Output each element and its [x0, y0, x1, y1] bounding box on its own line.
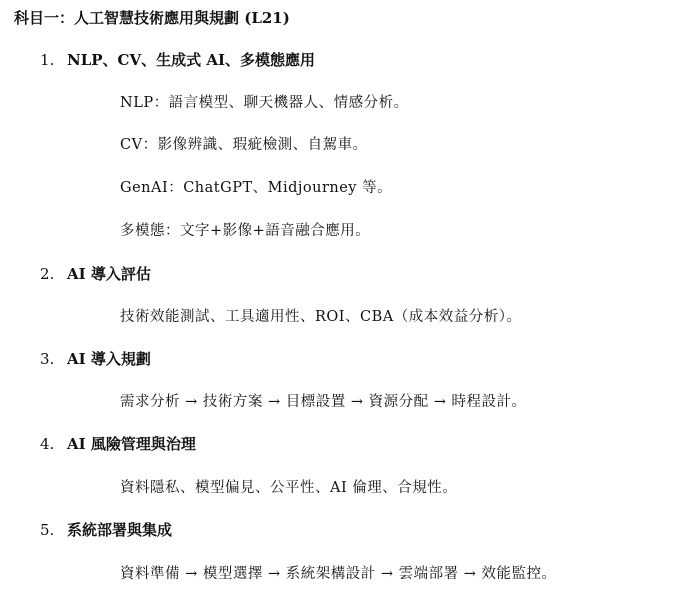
section-heading-5: 5.系統部署與集成	[40, 520, 172, 540]
section-number: 3.	[40, 349, 67, 369]
section-title: AI 風險管理與治理	[67, 435, 196, 453]
section-number: 2.	[40, 264, 67, 284]
section-title: AI 導入評估	[67, 265, 151, 283]
section-heading-2: 2.AI 導入評估	[40, 264, 151, 284]
section-item: 技術效能測試、工具適用性、ROI、CBA（成本效益分析）。	[120, 307, 522, 327]
section-heading-3: 3.AI 導入規劃	[40, 349, 151, 369]
section-heading-1: 1.NLP、CV、生成式 AI、多模態應用	[40, 50, 315, 70]
section-item: CV：影像辨識、瑕疵檢測、自駕車。	[120, 135, 368, 155]
section-number: 4.	[40, 434, 67, 454]
section-number: 1.	[40, 50, 67, 70]
section-item: 多模態：文字+影像+語音融合應用。	[120, 221, 370, 241]
section-title: NLP、CV、生成式 AI、多模態應用	[67, 51, 315, 69]
section-item: 需求分析 → 技術方案 → 目標設置 → 資源分配 → 時程設計。	[120, 392, 526, 412]
section-title: AI 導入規劃	[67, 350, 151, 368]
section-item: 資料隱私、模型偏見、公平性、AI 倫理、合規性。	[120, 478, 457, 498]
section-number: 5.	[40, 520, 67, 540]
section-item: NLP：語言模型、聊天機器人、情感分析。	[120, 93, 409, 113]
section-item: 資料準備 → 模型選擇 → 系統架構設計 → 雲端部署 → 效能監控。	[120, 564, 556, 584]
section-title: 系統部署與集成	[67, 521, 172, 539]
section-heading-4: 4.AI 風險管理與治理	[40, 434, 196, 454]
document-title: 科目一：人工智慧技術應用與規劃 (L21)	[14, 8, 290, 28]
section-item: GenAI：ChatGPT、Midjourney 等。	[120, 178, 392, 198]
